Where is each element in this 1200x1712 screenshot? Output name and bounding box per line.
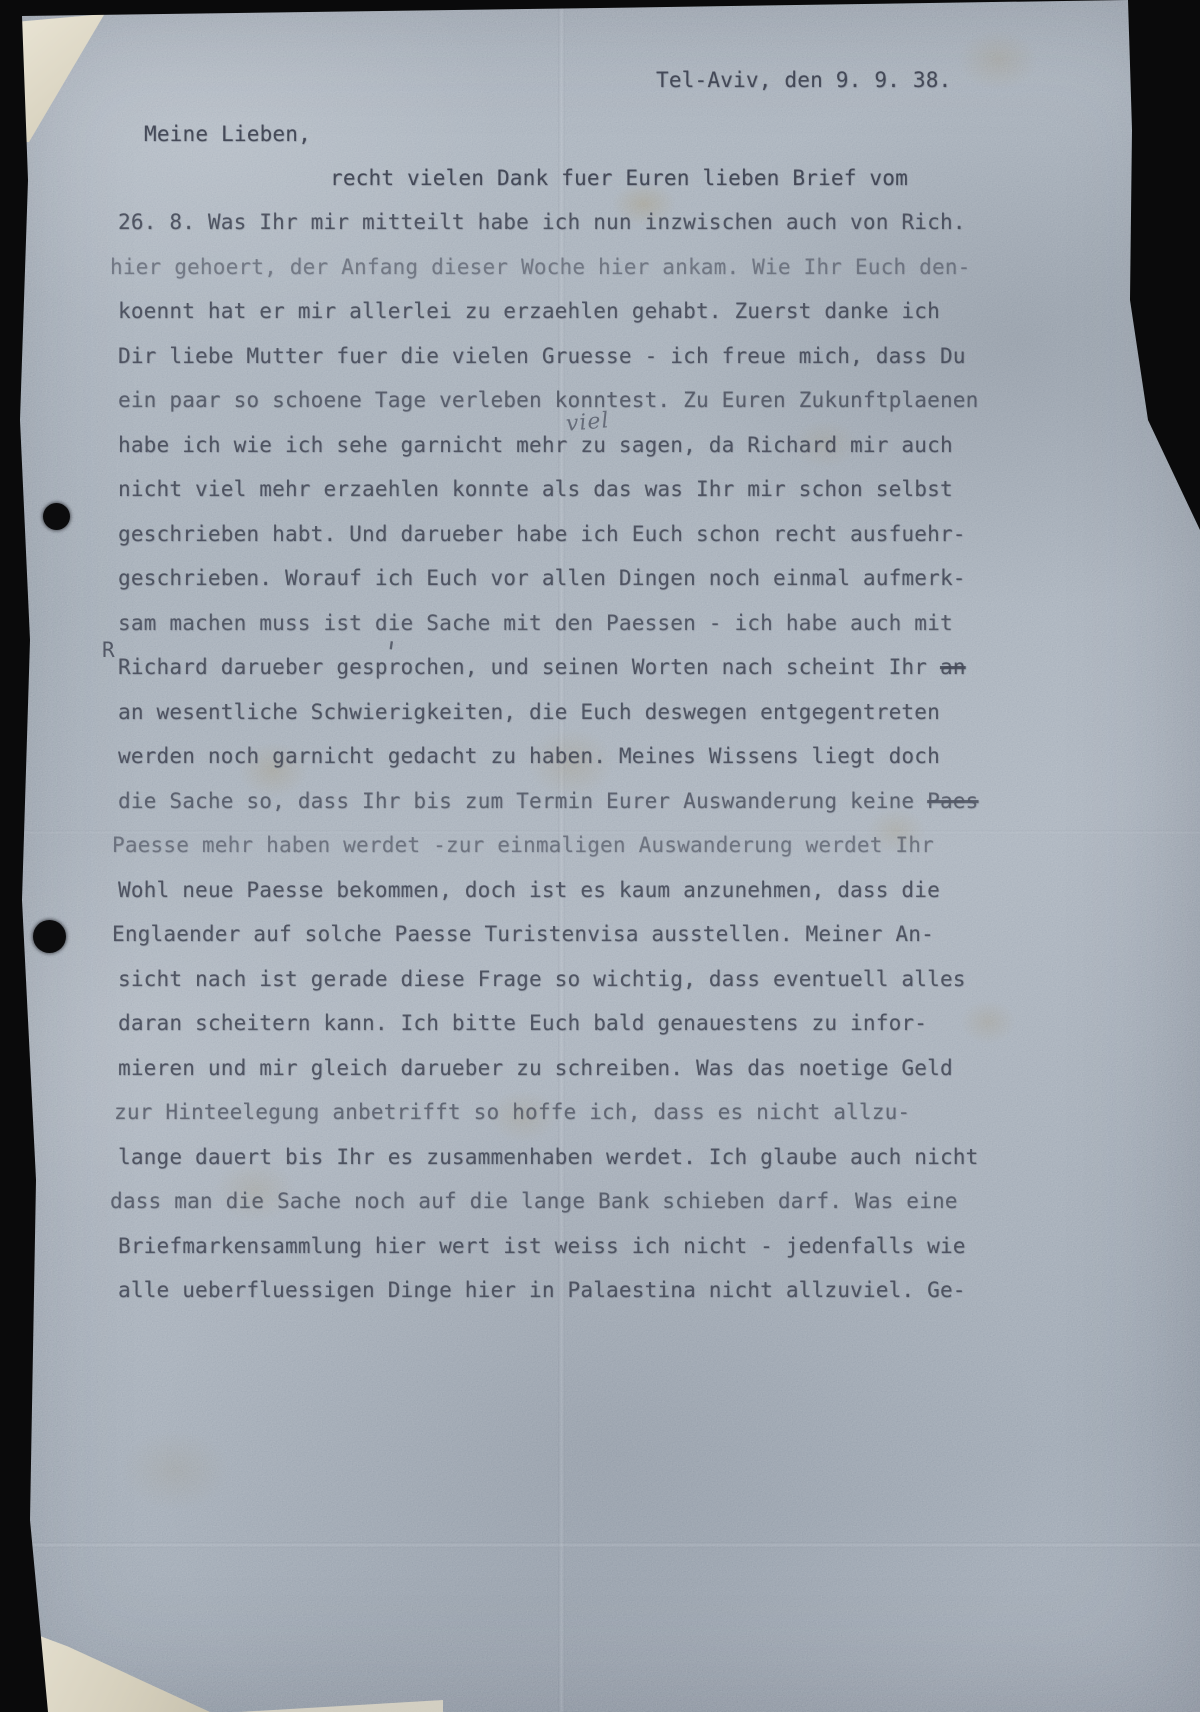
body-lines: 26. 8. Was Ihr mir mitteilt habe ich nun… [118,200,979,1313]
letter-line: Wohl neue Paesse bekommen, doch ist es k… [118,868,979,913]
margin-letter: R [102,638,115,662]
letter-line: werden noch garnicht gedacht zu haben. M… [118,734,979,779]
horizontal-fold-crease-lower [0,1542,1200,1548]
letter-line: ein paar so schoene Tage verleben konnte… [118,378,979,423]
letter-line: an wesentliche Schwierigkeiten, die Euch… [118,690,979,735]
folded-corner-bottom-left [18,1595,210,1712]
letter-line: dass man die Sache noch auf die lange Ba… [110,1179,979,1224]
letter-line: Briefmarkensammlung hier wert ist weiss … [118,1224,979,1269]
letter-line: Dir liebe Mutter fuer die vielen Gruesse… [118,334,979,379]
letter-line: daran scheitern kann. Ich bitte Euch bal… [118,1001,979,1046]
letter-line: alle ueberfluessigen Dinge hier in Palae… [118,1268,979,1313]
letter-line: koennt hat er mir allerlei zu erzaehlen … [118,289,979,334]
letter-line: Englaender auf solche Paesse Turistenvis… [112,912,979,957]
opening-line: recht vielen Dank fuer Euren lieben Brie… [330,166,908,190]
folded-corner-top-left [18,14,110,142]
struck-word: Paes [927,789,978,813]
letter-line: 26. 8. Was Ihr mir mitteilt habe ich nun… [118,200,979,245]
letter-line: geschrieben habt. Und darueber habe ich … [118,512,979,557]
struck-word: an [940,655,966,679]
handwritten-insert: viel [565,408,611,437]
letter-line: nicht viel mehr erzaehlen konnte als das… [118,467,979,512]
punch-hole-lower [33,920,66,953]
letter-line: lange dauert bis Ihr es zusammenhaben we… [118,1135,979,1180]
letter-line: geschrieben. Worauf ich Euch vor allen D… [118,556,979,601]
letter-line: zur Hinteelegung anbetrifft so hoffe ich… [114,1090,979,1135]
letter-page: Tel-Aviv, den 9. 9. 38. Meine Lieben, re… [0,0,1200,1712]
salutation: Meine Lieben, [144,122,311,146]
dateline: Tel-Aviv, den 9. 9. 38. [656,68,951,92]
letter-line: hier gehoert, der Anfang dieser Woche hi… [110,245,979,290]
letter-line: Paesse mehr haben werdet -zur einmaligen… [112,823,979,868]
letter-line: sicht nach ist gerade diese Frage so wic… [118,957,979,1002]
letter-line: die Sache so, dass Ihr bis zum Termin Eu… [118,779,979,824]
letter-line: habe ich wie ich sehe garnicht mehr zu s… [118,423,979,468]
letter-line: mieren und mir gleich darueber zu schrei… [118,1046,979,1091]
stain [120,1430,230,1510]
punch-hole-upper [43,503,70,530]
letter-line: Richard darueber gesprochen, und seinen … [118,645,979,690]
scan-background: Tel-Aviv, den 9. 9. 38. Meine Lieben, re… [0,0,1200,1712]
torn-bottom-edge [238,1696,443,1712]
letter-line: sam machen muss ist die Sache mit den Pa… [118,601,979,646]
stain [958,30,1038,90]
